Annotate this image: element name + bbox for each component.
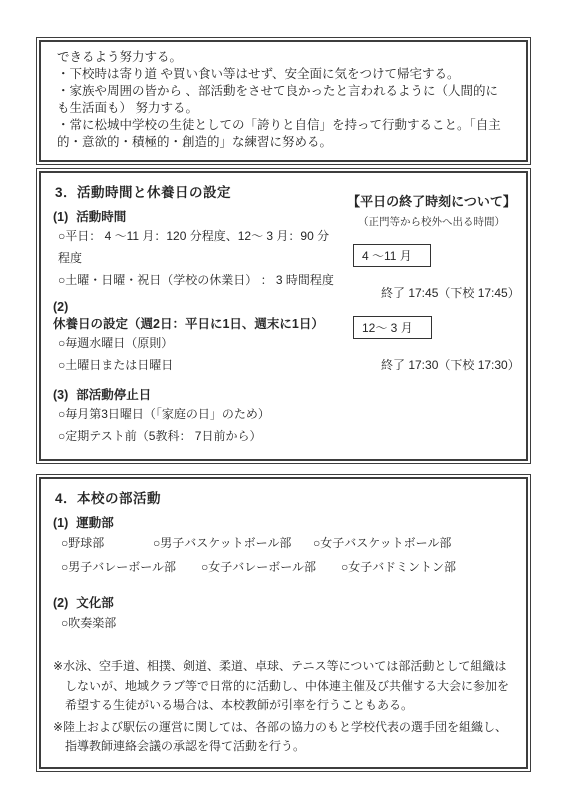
intro-line: ・常に松城中学校の生徒としての「誇りと自信」を持って行動すること。「自主的・意欲…: [57, 117, 510, 151]
group-heading-label: 文化部: [76, 596, 114, 610]
club-item: ○女子バスケットボール部: [313, 531, 451, 555]
sports-clubs-row-2: ○男子バレーボール部 ○女子バレーボール部 ○女子バドミントン部: [53, 555, 516, 579]
note-item: ※陸上および駅伝の運営に関しては、各部の協力のもと学校代表の選手団を組織し、指導…: [53, 718, 516, 757]
group-item: ○毎月第3日曜日（「家庭の日」のため）: [53, 403, 341, 425]
section3-title: 3．活動時間と休養日の設定: [53, 179, 341, 205]
group-item: ○定期テスト前（5教科： 7日前から）: [53, 425, 341, 447]
section4-box-inner: 4．本校の部活動 (1)運動部 ○野球部 ○男子バスケットボール部 ○女子バスケ…: [39, 477, 528, 769]
group-number: (3): [53, 388, 68, 402]
group-item: ○土曜日または日曜日: [53, 354, 341, 376]
sports-clubs-row-1: ○野球部 ○男子バスケットボール部 ○女子バスケットボール部: [53, 531, 516, 555]
section4-culture-group: (2)文化部 ○吹奏楽部: [53, 593, 516, 635]
section3-group-2: (2)休養日の設定（週2日：平日に1日、週末に1日） ○毎週水曜日（原則） ○土…: [53, 300, 341, 376]
section4-sports-group: (1)運動部 ○野球部 ○男子バスケットボール部 ○女子バスケットボール部 ○男…: [53, 513, 516, 579]
club-item: ○吹奏楽部: [61, 611, 116, 635]
period-end-time-dec-mar: 終了 17:30（下校 17:30）: [381, 356, 520, 373]
club-item: ○男子バスケットボール部: [153, 531, 313, 555]
section3-left-column: 3．活動時間と休養日の設定 (1)活動時間 ○平日： 4 ～11 月：120 分…: [53, 179, 341, 447]
group-heading-label: 休養日の設定（週2日：平日に1日、週末に1日）: [53, 317, 324, 331]
section3-box: 3．活動時間と休養日の設定 (1)活動時間 ○平日： 4 ～11 月：120 分…: [36, 168, 531, 464]
group-number: (2): [53, 300, 68, 314]
group-item: ○土曜・日曜・祝日（学校の休業日） ： 3 時間程度: [53, 269, 341, 291]
group-item: ○毎週水曜日（原則）: [53, 332, 341, 354]
group-heading: (1)運動部: [53, 513, 516, 531]
club-item: ○男子バレーボール部: [61, 555, 201, 579]
section4-notes: ※水泳、空手道、相撲、剣道、柔道、卓球、テニス等については部活動として組織はしな…: [53, 657, 516, 757]
group-number: (2): [53, 596, 68, 610]
panel-title: 【平日の終了時刻について】: [343, 191, 520, 210]
group-number: (1): [53, 516, 68, 530]
group-heading: (3)部活動停止日: [53, 385, 341, 403]
weekday-end-time-panel: 【平日の終了時刻について】 （正門等から校外へ出る時間） 4 ～11 月 終了 …: [341, 179, 520, 447]
intro-box-inner: できるよう努力する。 ・下校時は寄り道 や買い食い等はせず、安全面に気をつけて帰…: [39, 40, 528, 162]
period-end-time-apr-nov: 終了 17:45（下校 17:45）: [381, 284, 520, 301]
group-heading-label: 部活動停止日: [76, 388, 151, 402]
section3-group-1: (1)活動時間 ○平日： 4 ～11 月：120 分程度、12～ 3 月：90 …: [53, 207, 341, 291]
group-number: (1): [53, 210, 68, 224]
group-heading-label: 活動時間: [76, 210, 126, 224]
intro-line: できるよう努力する。: [57, 49, 510, 66]
intro-box: できるよう努力する。 ・下校時は寄り道 や買い食い等はせず、安全面に気をつけて帰…: [36, 37, 531, 165]
club-item: ○女子バレーボール部: [201, 555, 341, 579]
group-heading: (2)休養日の設定（週2日：平日に1日、週末に1日）: [53, 300, 341, 332]
period-label-dec-mar: 12～ 3 月: [353, 316, 432, 339]
group-heading: (1)活動時間: [53, 207, 341, 225]
culture-clubs-row: ○吹奏楽部: [53, 611, 516, 635]
intro-line: ・家族や周囲の皆から 、部活動をさせて良かったと言われるように（人間的にも生活面…: [57, 83, 510, 117]
group-item: ○平日： 4 ～11 月：120 分程度、12～ 3 月：90 分程度: [53, 225, 341, 269]
section4-box: 4．本校の部活動 (1)運動部 ○野球部 ○男子バスケットボール部 ○女子バスケ…: [36, 474, 531, 772]
period-label-apr-nov: 4 ～11 月: [353, 244, 431, 267]
note-item: ※水泳、空手道、相撲、剣道、柔道、卓球、テニス等については部活動として組織はしな…: [53, 657, 516, 716]
club-item: ○女子バドミントン部: [341, 555, 456, 579]
section3-group-3: (3)部活動停止日 ○毎月第3日曜日（「家庭の日」のため） ○定期テスト前（5教…: [53, 385, 341, 447]
group-heading: (2)文化部: [53, 593, 516, 611]
section4-title: 4．本校の部活動: [53, 485, 516, 511]
club-item: ○野球部: [61, 531, 153, 555]
section3-box-inner: 3．活動時間と休養日の設定 (1)活動時間 ○平日： 4 ～11 月：120 分…: [39, 171, 528, 461]
intro-line: ・下校時は寄り道 や買い食い等はせず、安全面に気をつけて帰宅する。: [57, 66, 510, 83]
panel-subtitle: （正門等から校外へ出る時間）: [343, 214, 520, 229]
group-heading-label: 運動部: [76, 516, 114, 530]
document-page: できるよう努力する。 ・下校時は寄り道 や買い食い等はせず、安全面に気をつけて帰…: [0, 0, 565, 800]
